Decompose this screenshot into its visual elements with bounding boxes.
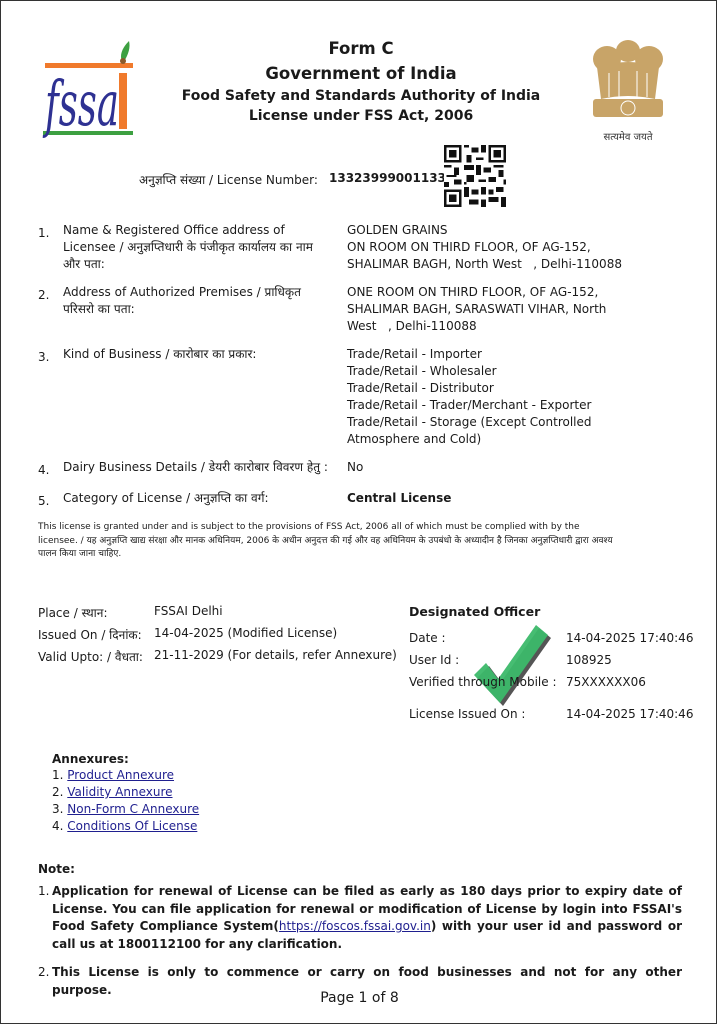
non-form-c-annexure-link[interactable]: Non-Form C Annexure <box>67 802 199 816</box>
officer-mobile-label: Verified through Mobile : <box>409 675 557 689</box>
item-value: GOLDEN GRAINS ON ROOM ON THIRD FLOOR, OF… <box>347 222 637 273</box>
act-title: License under FSS Act, 2006 <box>161 108 561 124</box>
license-issued-on-label: License Issued On : <box>409 707 525 721</box>
item-label: Kind of Business / कारोबार का प्रकार: <box>63 346 328 363</box>
item-number: 4. <box>38 462 58 479</box>
item-value: ONE ROOM ON THIRD FLOOR, OF AG-152, SHAL… <box>347 284 637 335</box>
annexure-item: 1. Product Annexure <box>52 768 174 782</box>
license-number-label: अनुज्ञप्ति संख्या / License Number: <box>139 171 318 188</box>
license-issued-on: 14-04-2025 17:40:46 <box>566 707 693 721</box>
note-renewal: 1. Application for renewal of License ca… <box>38 883 682 953</box>
place-label: Place / स्थान: <box>38 604 107 621</box>
officer-date-label: Date : <box>409 631 446 645</box>
government-title: Government of India <box>161 64 561 83</box>
license-disclaimer: This license is granted under and is sub… <box>38 521 618 562</box>
emblem-icon <box>579 37 677 123</box>
authority-title: Food Safety and Standards Authority of I… <box>161 88 561 104</box>
officer-userid: 108925 <box>566 653 612 667</box>
item-label: Address of Authorized Premises / प्राधिक… <box>63 284 328 318</box>
page-number: Page 1 of 8 <box>1 990 717 1006</box>
annexure-item: 3. Non-Form C Annexure <box>52 802 199 816</box>
item-number: 3. <box>38 349 58 366</box>
form-title: Form C <box>161 39 561 58</box>
annexures-title: Annexures: <box>52 752 129 766</box>
foscos-link[interactable]: https://foscos.fssai.gov.in <box>279 919 431 933</box>
checkmark-icon <box>464 619 554 709</box>
valid-upto-label: Valid Upto: / वैधता: <box>38 648 143 665</box>
issued-on-value: 14-04-2025 (Modified License) <box>154 626 337 640</box>
item-value: Central License <box>347 490 637 507</box>
item-label: Category of License / अनुज्ञप्ति का वर्ग… <box>63 490 328 507</box>
item-label: Dairy Business Details / डेयरी कारोबार व… <box>63 459 353 476</box>
designated-officer-title: Designated Officer <box>409 604 540 619</box>
item-number: 1. <box>38 225 58 242</box>
emblem-motto: सत्यमेव जयते <box>579 129 677 143</box>
item-value: No <box>347 459 637 476</box>
officer-mobile: 75XXXXXX06 <box>566 675 646 689</box>
issued-on-label: Issued On / दिनांक: <box>38 626 142 643</box>
license-page: fssa Form C Government of India Food Saf… <box>0 0 717 1024</box>
annexure-item: 4. Conditions Of License <box>52 819 197 833</box>
license-number: 13323999001133 <box>329 171 446 185</box>
item-value: Trade/Retail - Importer Trade/Retail - W… <box>347 346 637 448</box>
item-label: Name & Registered Office address of Lice… <box>63 222 328 273</box>
officer-userid-label: User Id : <box>409 653 459 667</box>
annexure-item: 2. Validity Annexure <box>52 785 173 799</box>
item-number: 2. <box>38 287 58 304</box>
qr-code[interactable] <box>444 145 506 207</box>
national-emblem: सत्यमेव जयते <box>579 37 677 141</box>
conditions-of-license-link[interactable]: Conditions Of License <box>67 819 197 833</box>
officer-date: 14-04-2025 17:40:46 <box>566 631 693 645</box>
note-title: Note: <box>38 862 75 876</box>
validity-annexure-link[interactable]: Validity Annexure <box>67 785 172 799</box>
valid-upto-value: 21-11-2029 (For details, refer Annexure) <box>154 648 397 662</box>
item-number: 5. <box>38 493 58 510</box>
place-value: FSSAI Delhi <box>154 604 223 618</box>
svg-text:fssa: fssa <box>43 67 119 139</box>
fssai-logo: fssa <box>35 39 139 139</box>
product-annexure-link[interactable]: Product Annexure <box>67 768 174 782</box>
